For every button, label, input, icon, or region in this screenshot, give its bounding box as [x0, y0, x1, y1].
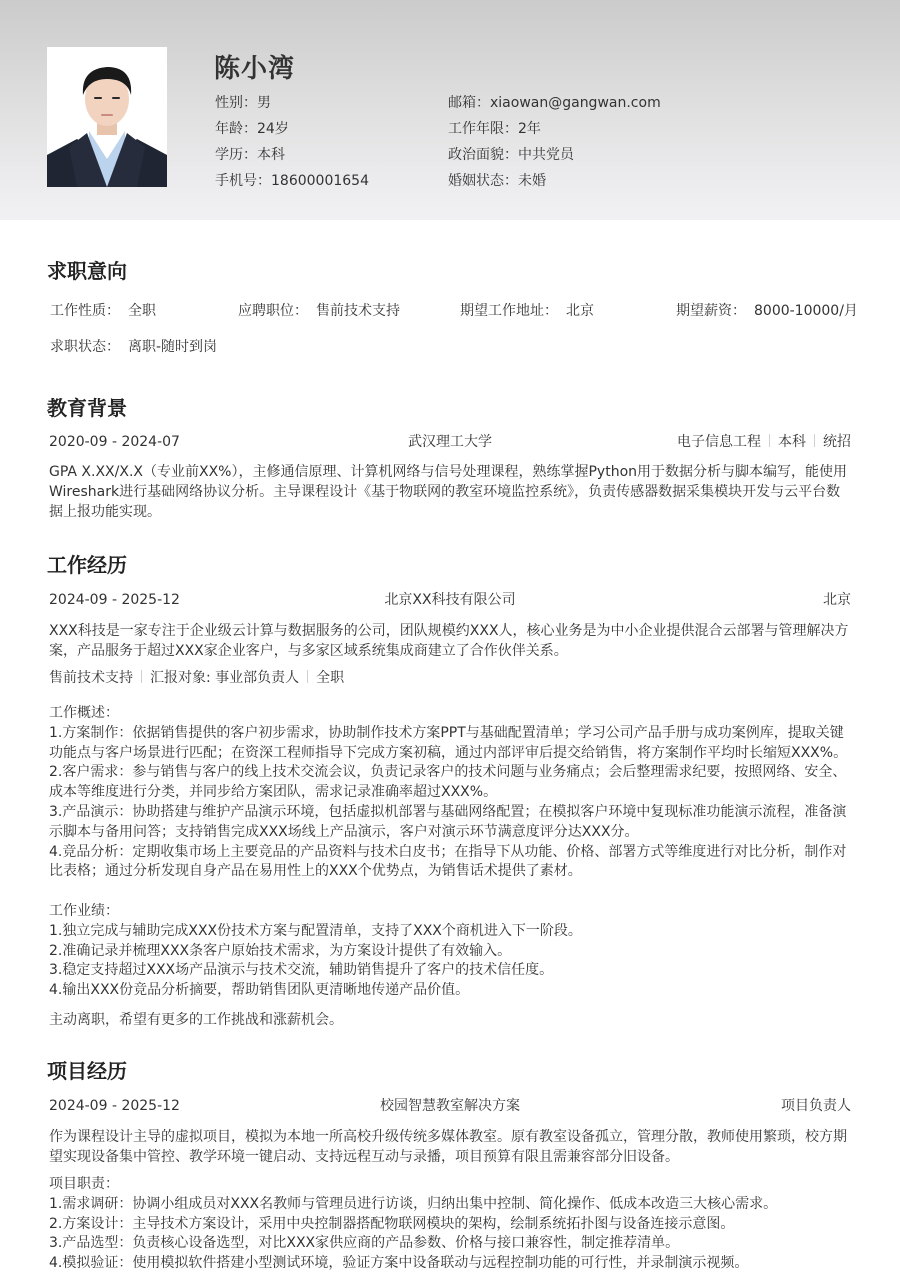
education-description: GPA X.XX/X.X（专业前XX%），主修通信原理、计算机网络与信号处理课程… [49, 463, 854, 522]
intent-value: 全职 [128, 303, 156, 319]
portrait-image [47, 47, 167, 187]
info-marital-status: 婚姻状态：未婚 [448, 171, 661, 197]
divider [141, 670, 142, 683]
info-value: 未婚 [518, 173, 546, 189]
text-line: XXX科技是一家专注于企业级云计算与数据服务的公司，团队规模约XXX人，核心业务… [49, 622, 854, 642]
text-line: 主动离职，希望有更多的工作挑战和涨薪机会。 [49, 1011, 854, 1031]
text-line: 功能点与客户场景进行匹配；在资深工程师指导下完成方案初稿，通过内部评审后提交给销… [49, 744, 854, 764]
education-enroll-type: 统招 [823, 434, 851, 450]
text-line: 2.客户需求：参与销售与客户的线上技术交流会议，负责记录客户的技术问题与业务痛点… [49, 763, 854, 783]
info-label: 婚姻状态： [448, 173, 518, 189]
intent-label: 应聘职位： [238, 303, 308, 319]
text-line: 3.稳定支持超过XXX场产品演示与技术交流，辅助销售提升了客户的技术信任度。 [49, 961, 854, 981]
info-education: 学历：本科 [215, 145, 369, 171]
work-role: 售前技术支持 [49, 670, 133, 686]
info-value: 2年 [518, 121, 541, 137]
info-label: 政治面貌： [448, 147, 518, 163]
project-duties: 项目职责： 1.需求调研：协调小组成员对XXX名教师与管理员进行访谈，归纳出集中… [49, 1175, 854, 1274]
text-line: 4.输出XXX份竞品分析摘要，帮助销售团队更清晰地传递产品价值。 [49, 981, 854, 1001]
info-value: 中共党员 [518, 147, 574, 163]
text-line: 作为课程设计主导的虚拟项目，模拟为本地一所高校升级传统多媒体教室。原有教室设备孤… [49, 1128, 854, 1148]
section-title-project: 项目经历 [47, 1055, 127, 1084]
info-label: 学历： [215, 147, 257, 163]
section-title-job-intent: 求职意向 [47, 255, 127, 284]
text-line: 1.需求调研：协调小组成员对XXX名教师与管理员进行访谈，归纳出集中控制、简化操… [49, 1195, 854, 1215]
text-line: 3.产品选型：负责核心设备选型，对比XXX家供应商的产品参数、价格与接口兼容性，… [49, 1234, 854, 1254]
candidate-name: 陈小湾 [214, 48, 295, 85]
text-line: 据上报功能实现。 [49, 503, 854, 523]
info-age: 年龄：24岁 [215, 119, 369, 145]
text-line: 比表格；通过分析发现自身产品在易用性上的XXX个优势点，为销售话术提供了素材。 [49, 862, 854, 882]
profile-photo [47, 47, 167, 187]
intent-location: 期望工作地址：北京 [460, 301, 594, 321]
work-role-row: 售前技术支持汇报对象: 事业部负责人全职 [49, 668, 851, 688]
intent-label: 期望工作地址： [460, 303, 558, 319]
text-line: 3.产品演示：协助搭建与维护产品演示环境，包括虚拟机部署与基础网络配置；在模拟客… [49, 803, 854, 823]
work-type: 全职 [316, 670, 344, 686]
intent-value: 离职-随时到岗 [128, 339, 217, 355]
text-line: Wireshark进行基础网络协议分析。主导课程设计《基于物联网的教室环境监控系… [49, 483, 854, 503]
work-role-meta: 售前技术支持汇报对象: 事业部负责人全职 [49, 668, 344, 688]
education-meta: 电子信息工程本科统招 [677, 432, 851, 452]
text-line: 成本等维度进行分类，并同步给方案团队，需求记录准确率超过XXX%。 [49, 783, 854, 803]
divider [769, 434, 770, 447]
text-line: 1.方案制作：依据销售提供的客户初步需求，协助制作技术方案PPT与基础配置清单；… [49, 724, 854, 744]
education-header-row: 2020-09 - 2024-07 武汉理工大学 电子信息工程本科统招 [49, 432, 851, 452]
education-degree: 本科 [778, 434, 806, 450]
info-value: 18600001654 [271, 173, 369, 189]
work-company: 北京XX科技有限公司 [49, 590, 851, 610]
basic-info-right: 邮箱：xiaowan@gangwan.com 工作年限：2年 政治面貌：中共党员… [448, 93, 661, 197]
info-label: 手机号： [215, 173, 271, 189]
intent-position: 应聘职位：售前技术支持 [238, 301, 400, 321]
work-achievements: 工作业绩： 1.独立完成与辅助完成XXX份技术方案与配置清单，支持了XXX个商机… [49, 902, 854, 1001]
intent-label: 求职状态： [50, 339, 120, 355]
project-name: 校园智慧教室解决方案 [49, 1096, 851, 1116]
project-role: 项目负责人 [781, 1096, 851, 1116]
work-report-to: 汇报对象: 事业部负责人 [150, 670, 299, 686]
intent-value: 8000-10000/月 [754, 303, 858, 319]
company-description: XXX科技是一家专注于企业级云计算与数据服务的公司，团队规模约XXX人，核心业务… [49, 622, 854, 662]
intent-status: 求职状态：离职-随时到岗 [50, 337, 217, 357]
info-value: 24岁 [257, 121, 289, 137]
info-value: 本科 [257, 147, 285, 163]
project-description: 作为课程设计主导的虚拟项目，模拟为本地一所高校升级传统多媒体教室。原有教室设备孤… [49, 1128, 854, 1168]
work-overview: 工作概述： 1.方案制作：依据销售提供的客户初步需求，协助制作技术方案PPT与基… [49, 704, 854, 882]
subsection-title: 工作业绩： [49, 902, 854, 922]
resume-header: 陈小湾 性别：男 年龄：24岁 学历：本科 手机号：18600001654 邮箱… [0, 0, 900, 220]
section-title-work: 工作经历 [47, 549, 127, 578]
info-value: xiaowan@gangwan.com [490, 95, 661, 111]
info-label: 邮箱： [448, 95, 490, 111]
text-line: 2.准确记录并梳理XXX条客户原始技术需求，为方案设计提供了有效输入。 [49, 942, 854, 962]
section-title-education: 教育背景 [47, 392, 127, 421]
intent-label: 期望薪资： [676, 303, 746, 319]
info-value: 男 [257, 95, 271, 111]
info-label: 性别： [215, 95, 257, 111]
info-email: 邮箱：xiaowan@gangwan.com [448, 93, 661, 119]
intent-job-type: 工作性质：全职 [50, 301, 156, 321]
subsection-title: 工作概述： [49, 704, 854, 724]
info-political-status: 政治面貌：中共党员 [448, 145, 661, 171]
text-line: 案，产品服务于超过XXX家企业客户，与多家区域系统集成商建立了合作伙伴关系。 [49, 642, 854, 662]
subsection-title: 项目职责： [49, 1175, 854, 1195]
project-header-row: 2024-09 - 2025-12 校园智慧教室解决方案 项目负责人 [49, 1096, 851, 1116]
basic-info-left: 性别：男 年龄：24岁 学历：本科 手机号：18600001654 [215, 93, 369, 197]
text-line: 4.竞品分析：定期收集市场上主要竞品的产品资料与技术白皮书；在指导下从功能、价格… [49, 843, 854, 863]
text-line: 2.方案设计：主导技术方案设计，采用中央控制器搭配物联网模块的架构，绘制系统拓扑… [49, 1215, 854, 1235]
intent-salary: 期望薪资：8000-10000/月 [676, 301, 858, 321]
work-city: 北京 [823, 590, 851, 610]
work-header-row: 2024-09 - 2025-12 北京XX科技有限公司 北京 [49, 590, 851, 610]
info-phone: 手机号：18600001654 [215, 171, 369, 197]
divider [307, 670, 308, 683]
info-gender: 性别：男 [215, 93, 369, 119]
info-label: 工作年限： [448, 121, 518, 137]
divider [814, 434, 815, 447]
text-line: 示脚本与备用问答；支持销售完成XXX场线上产品演示，客户对演示环节满意度评分达X… [49, 823, 854, 843]
text-line: 4.模拟验证：使用模拟软件搭建小型测试环境，验证方案中设备联动与远程控制功能的可… [49, 1254, 854, 1274]
intent-value: 售前技术支持 [316, 303, 400, 319]
intent-label: 工作性质： [50, 303, 120, 319]
intent-value: 北京 [566, 303, 594, 319]
leave-reason: 主动离职，希望有更多的工作挑战和涨薪机会。 [49, 1011, 854, 1031]
info-work-years: 工作年限：2年 [448, 119, 661, 145]
education-major: 电子信息工程 [677, 434, 761, 450]
text-line: 1.独立完成与辅助完成XXX份技术方案与配置清单，支持了XXX个商机进入下一阶段… [49, 922, 854, 942]
info-label: 年龄： [215, 121, 257, 137]
text-line: GPA X.XX/X.X（专业前XX%），主修通信原理、计算机网络与信号处理课程… [49, 463, 854, 483]
text-line: 望实现设备集中管控、教学环境一键启动、支持远程互动与录播，项目预算有限且需兼容部… [49, 1148, 854, 1168]
